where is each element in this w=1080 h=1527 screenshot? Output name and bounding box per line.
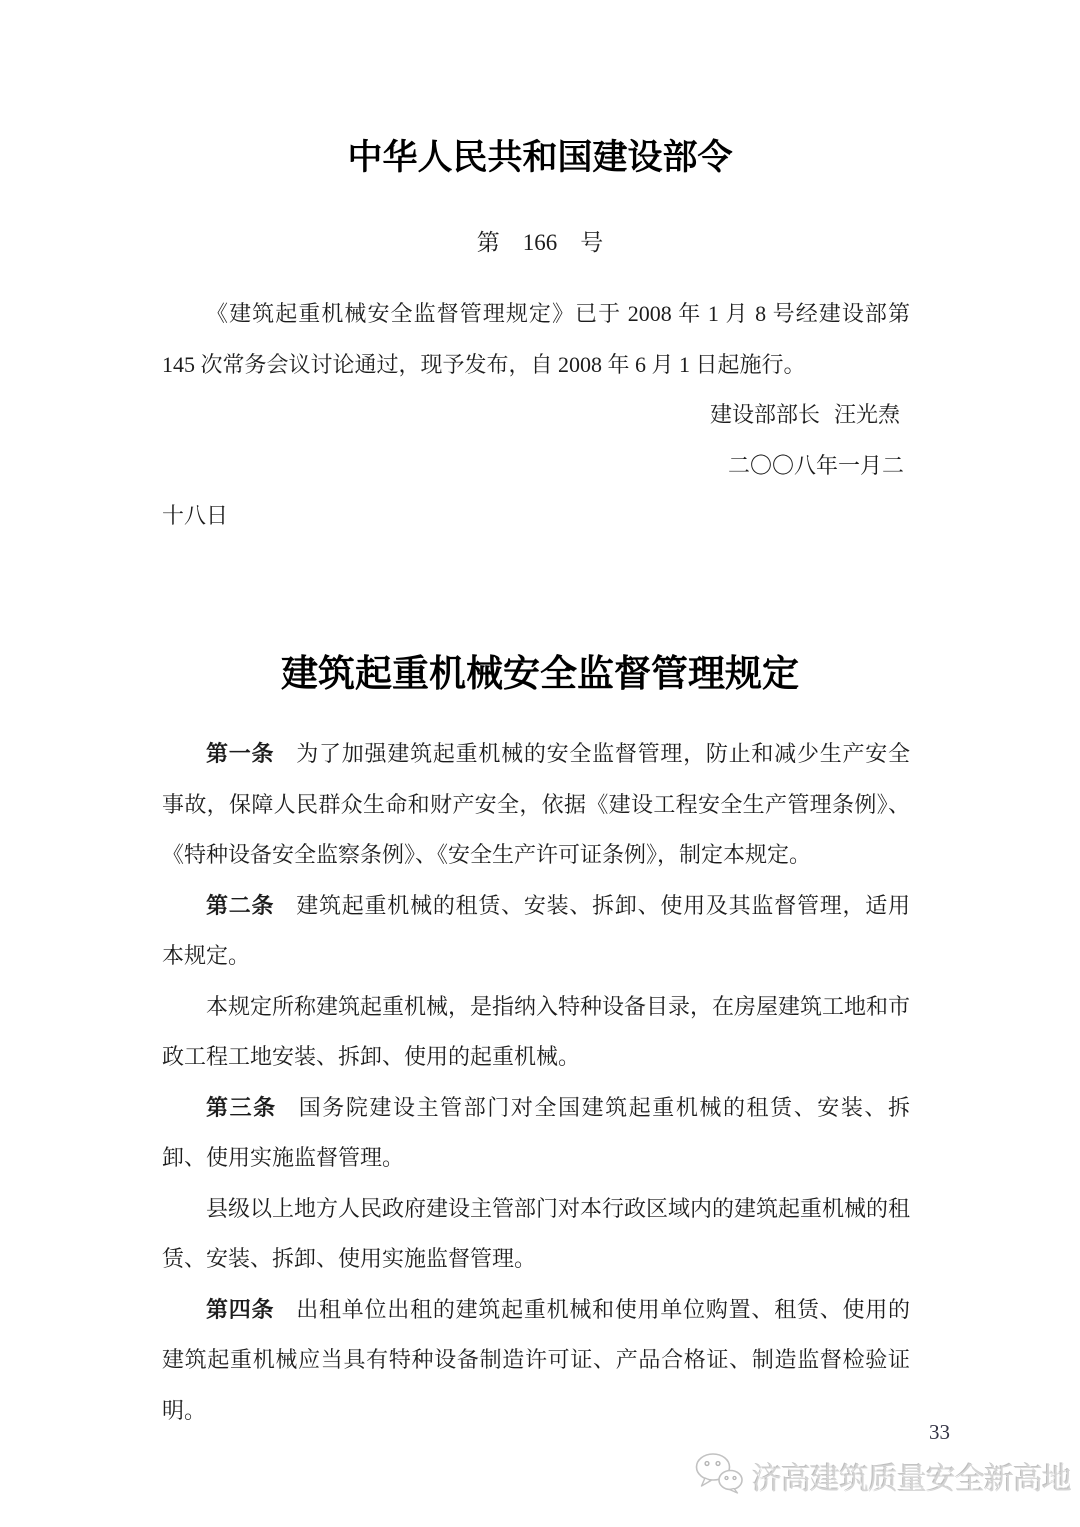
signer-title: 建设部部长 <box>710 402 820 427</box>
decree-date-line-2: 十八日 <box>162 491 910 542</box>
article-2-para-2: 本规定所称建筑起重机械，是指纳入特种设备目录，在房屋建筑工地和市政工程工地安装、… <box>162 982 910 1083</box>
article-3: 第三条国务院建设主管部门对全国建筑起重机械的租赁、安装、拆卸、使用实施监督管理。 <box>162 1083 910 1184</box>
article-3-label: 第三条 <box>206 1095 277 1120</box>
decree-title: 中华人民共和国建设部令 <box>0 130 1080 180</box>
article-2-label: 第二条 <box>206 893 274 918</box>
article-4-text: 出租单位出租的建筑起重机械和使用单位购置、租赁、使用的建筑起重机械应当具有特种设… <box>162 1297 910 1423</box>
article-4: 第四条出租单位出租的建筑起重机械和使用单位购置、租赁、使用的建筑起重机械应当具有… <box>162 1285 910 1437</box>
article-4-label: 第四条 <box>206 1297 274 1322</box>
article-1-text: 为了加强建筑起重机械的安全监督管理，防止和减少生产安全事故，保障人民群众生命和财… <box>162 741 910 867</box>
article-2: 第二条建筑起重机械的租赁、安装、拆卸、使用及其监督管理，适用本规定。 <box>162 881 910 982</box>
article-3-para-2: 县级以上地方人民政府建设主管部门对本行政区域内的建筑起重机械的租赁、安装、拆卸、… <box>162 1184 910 1285</box>
articles-block: 第一条为了加强建筑起重机械的安全监督管理，防止和减少生产安全事故，保障人民群众生… <box>162 729 910 1436</box>
article-1-label: 第一条 <box>206 741 274 766</box>
decree-announcement: 《建筑起重机械安全监督管理规定》已于 2008 年 1 月 8 号经建设部第 1… <box>162 289 910 390</box>
wechat-icon <box>694 1452 744 1499</box>
decree-date-line-1: 二〇〇八年一月二 <box>162 441 910 492</box>
article-1: 第一条为了加强建筑起重机械的安全监督管理，防止和减少生产安全事故，保障人民群众生… <box>162 729 910 881</box>
page-number: 33 <box>929 1420 950 1445</box>
watermark-text: 济高建筑质量安全新高地 <box>752 1454 1071 1498</box>
watermark: 济高建筑质量安全新高地 <box>694 1452 1071 1499</box>
document-page: 中华人民共和国建设部令 第 166 号 《建筑起重机械安全监督管理规定》已于 2… <box>0 0 1080 1527</box>
decree-number: 第 166 号 <box>0 224 1080 257</box>
signer-name: 汪光焘 <box>834 402 900 427</box>
signature-line: 建设部部长汪光焘 <box>162 390 910 441</box>
decree-header-block: 《建筑起重机械安全监督管理规定》已于 2008 年 1 月 8 号经建设部第 1… <box>162 289 910 542</box>
article-2-text: 建筑起重机械的租赁、安装、拆卸、使用及其监督管理，适用本规定。 <box>162 893 910 969</box>
regulation-title: 建筑起重机械安全监督管理规定 <box>0 643 1080 697</box>
